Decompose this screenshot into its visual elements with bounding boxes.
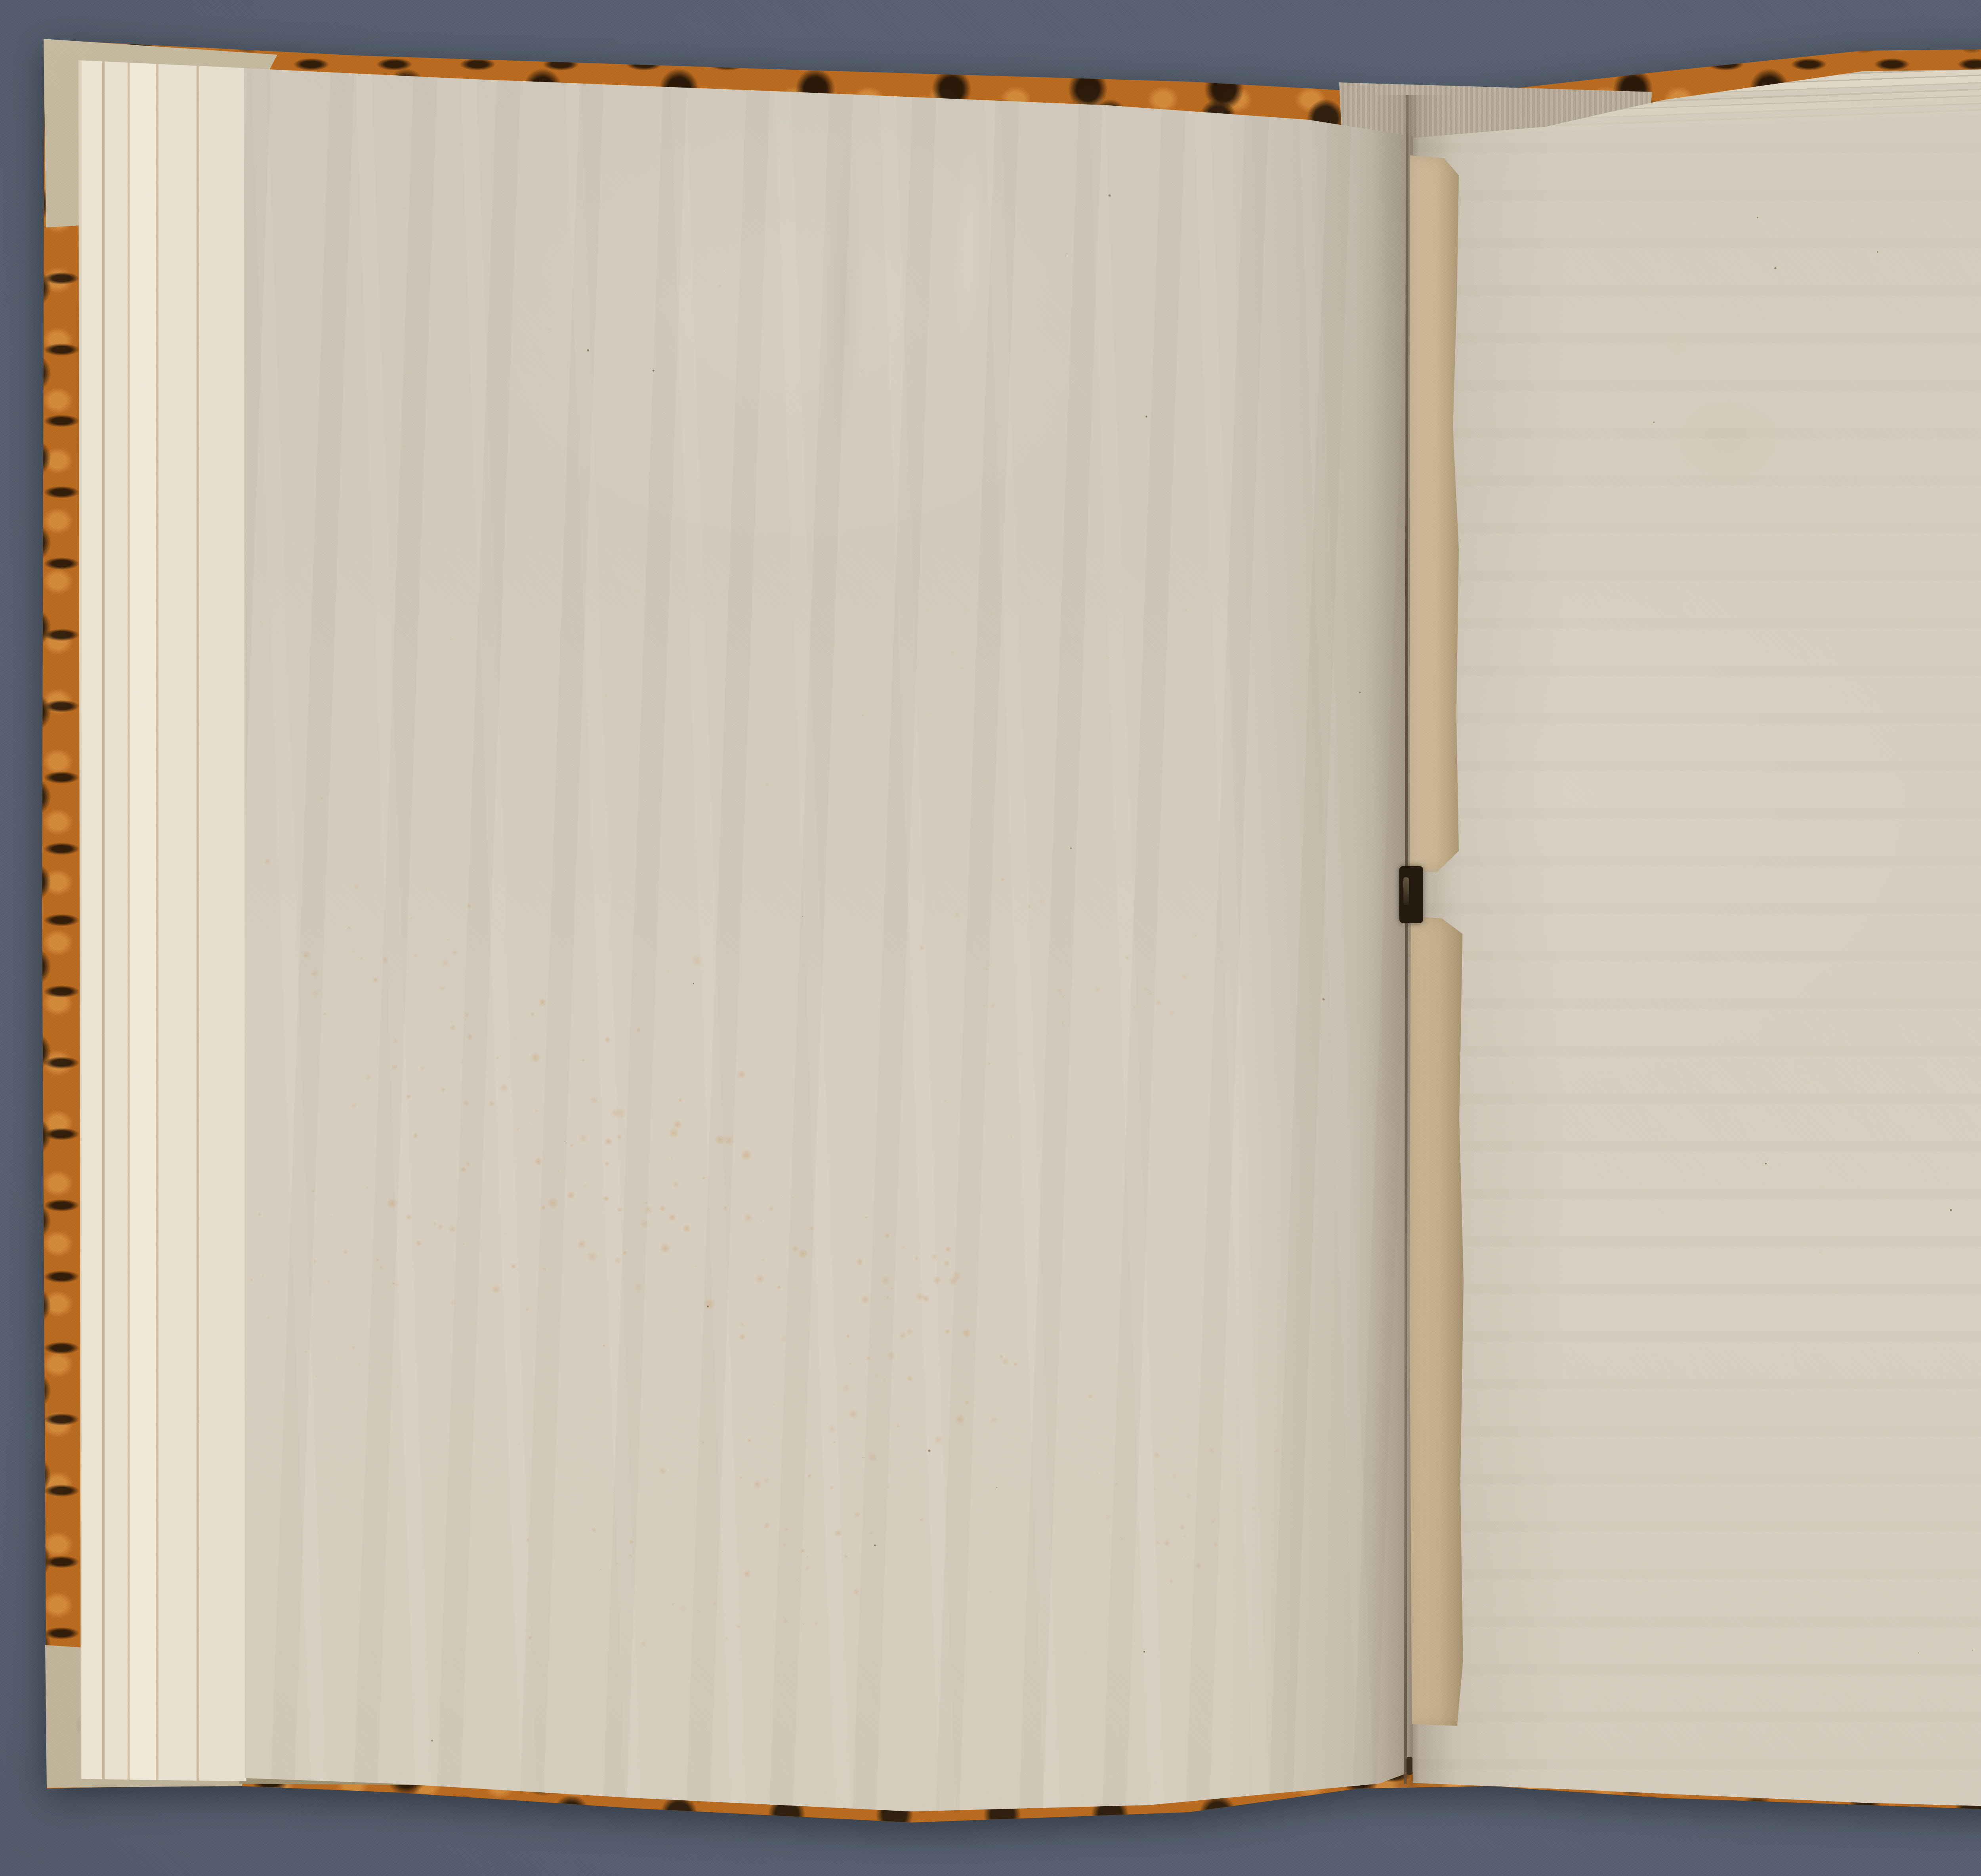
foxing-spot xyxy=(1467,1144,1471,1148)
foxing-spot xyxy=(1756,216,1759,219)
gutter-bottom-notch xyxy=(1407,1757,1412,1775)
foxing-spot xyxy=(1876,251,1879,253)
foxing-spot xyxy=(1510,1080,1514,1084)
foxing-spot xyxy=(1807,1081,1811,1084)
foxing-spot xyxy=(1818,1250,1822,1254)
foxing-spot xyxy=(1571,1312,1573,1315)
foxing-spot xyxy=(1918,1652,1919,1654)
foxing-spot xyxy=(1910,445,1912,447)
sewing-hole xyxy=(1399,866,1423,923)
foxing-spot xyxy=(1951,502,1955,506)
foxing-spot xyxy=(1972,1649,1973,1651)
foxing-spot xyxy=(1774,267,1777,270)
hinge-tape-lower xyxy=(1410,916,1464,1726)
foxing-spot xyxy=(1670,802,1672,804)
foxing-spot xyxy=(1765,1162,1767,1165)
foxing-spot xyxy=(1829,818,1831,820)
foxing-spot xyxy=(1949,1208,1952,1212)
hinge-tape-upper xyxy=(1410,155,1459,872)
foxing-spot xyxy=(1661,327,1695,362)
photo-stage xyxy=(0,0,1981,1876)
right-page-stain xyxy=(1644,376,1811,507)
foxing-spot xyxy=(1821,1185,1825,1189)
